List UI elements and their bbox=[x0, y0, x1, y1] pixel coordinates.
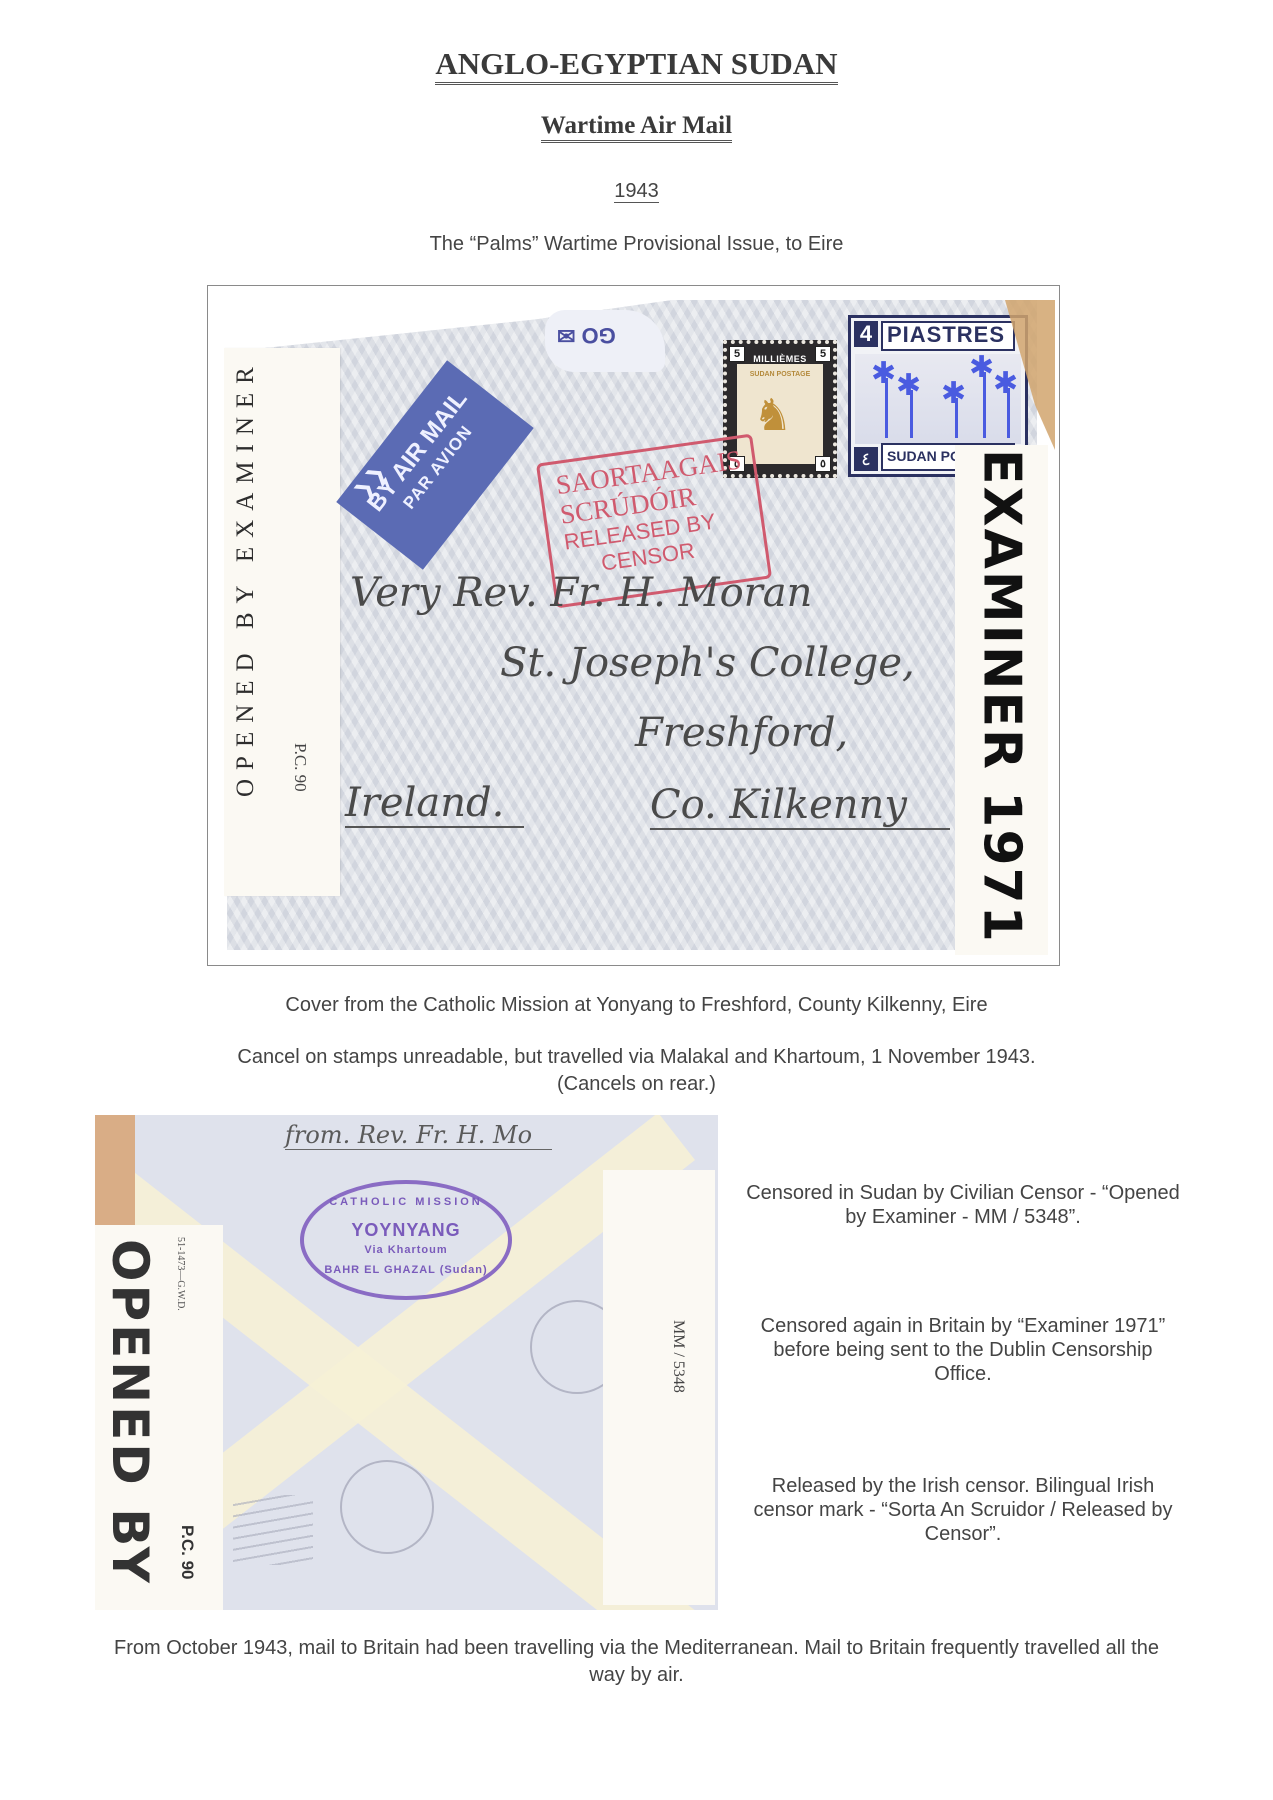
censor-small-print: 51-1473—G.W.D. bbox=[175, 1237, 186, 1311]
footer-paragraph: From October 1943, mail to Britain had b… bbox=[107, 1635, 1167, 1689]
address-line-1: Very Rev. Fr. H. Moran bbox=[350, 570, 812, 616]
note-irish-censor: Released by the Irish censor. Bilingual … bbox=[743, 1474, 1183, 1546]
torn-label-icon: GO ✉ bbox=[557, 322, 616, 348]
front-censor-strip-right: EXAMINER 1971 bbox=[955, 445, 1048, 955]
stamp-camel-value-tr: 5 bbox=[815, 346, 831, 362]
page-subtitle: Wartime Air Mail bbox=[0, 112, 1273, 140]
address-line-2: St. Joseph's College, bbox=[500, 640, 915, 686]
cancel-caption-line1: Cancel on stamps unreadable, but travell… bbox=[0, 1046, 1273, 1069]
cancel-caption-line2: (Cancels on rear.) bbox=[0, 1073, 1273, 1096]
page-title: ANGLO-EGYPTIAN SUDAN bbox=[0, 46, 1273, 82]
mission-stamp-line4: BAHR EL GHAZAL (Sudan) bbox=[304, 1264, 508, 1276]
camel-rider-icon: ♞ bbox=[753, 390, 792, 441]
stamp-camel-header: MILLIÈMES bbox=[737, 354, 823, 364]
sender-handwriting: from. Rev. Fr. H. Mo bbox=[285, 1121, 552, 1150]
stamp-camel-value-tl: 5 bbox=[729, 346, 745, 362]
cover-caption: Cover from the Catholic Mission at Yonya… bbox=[0, 994, 1273, 1017]
censor-code: P.C. 90 bbox=[177, 1525, 197, 1580]
year-heading: 1943 bbox=[0, 180, 1273, 203]
stamp-palms-value: 4 bbox=[854, 321, 878, 347]
mission-stamp-line2: YOYNYANG bbox=[304, 1220, 508, 1241]
stamp-palms-arabic-value: ٤ bbox=[854, 447, 878, 471]
address-line-4-left: Ireland. bbox=[345, 780, 524, 828]
palm-trees-icon bbox=[855, 354, 1021, 444]
address-line-4-right: Co. Kilkenny bbox=[650, 782, 950, 830]
footer-text: From October 1943, mail to Britain had b… bbox=[0, 1635, 1273, 1689]
censor-left-label: OPENED BY EXAMINER bbox=[232, 358, 272, 888]
torn-label-fragment: GO ✉ bbox=[545, 310, 665, 372]
back-cover: from. Rev. Fr. H. Mo CATHOLIC MISSION YO… bbox=[95, 1115, 718, 1610]
stamp-camel-value-br: ٥ bbox=[815, 456, 831, 472]
mission-stamp-line1: CATHOLIC MISSION bbox=[304, 1196, 508, 1208]
censor-left-code: P.C. 90 bbox=[290, 743, 310, 792]
back-censor-strip-right: MM / 5348 bbox=[603, 1170, 715, 1605]
wavy-cancel-icon bbox=[233, 1495, 313, 1565]
note-sudan-censor: Censored in Sudan by Civilian Censor - “… bbox=[743, 1181, 1183, 1229]
back-censor-strip-left: OPENED BY 51-1473—G.W.D. P.C. 90 bbox=[95, 1225, 223, 1610]
note-britain-censor: Censored again in Britain by “Examiner 1… bbox=[743, 1314, 1183, 1386]
intro-text: The “Palms” Wartime Provisional Issue, t… bbox=[0, 233, 1273, 256]
address-line-3: Freshford, bbox=[635, 710, 848, 756]
opened-by-label: OPENED BY bbox=[99, 1239, 159, 1609]
catholic-mission-stamp: CATHOLIC MISSION YOYNYANG Via Khartoum B… bbox=[300, 1180, 512, 1300]
examiner-1971-label: EXAMINER 1971 bbox=[955, 449, 1048, 949]
censor-mm-label: MM / 5348 bbox=[669, 1320, 687, 1393]
mission-stamp-line3: Via Khartoum bbox=[304, 1244, 508, 1256]
postmark-circle-icon bbox=[340, 1460, 434, 1554]
stamp-palms-header: PIASTRES bbox=[881, 321, 1015, 351]
front-censor-strip-left: OPENED BY EXAMINER P.C. 90 bbox=[224, 348, 340, 896]
stamp-camel-name: SUDAN POSTAGE bbox=[741, 371, 819, 378]
